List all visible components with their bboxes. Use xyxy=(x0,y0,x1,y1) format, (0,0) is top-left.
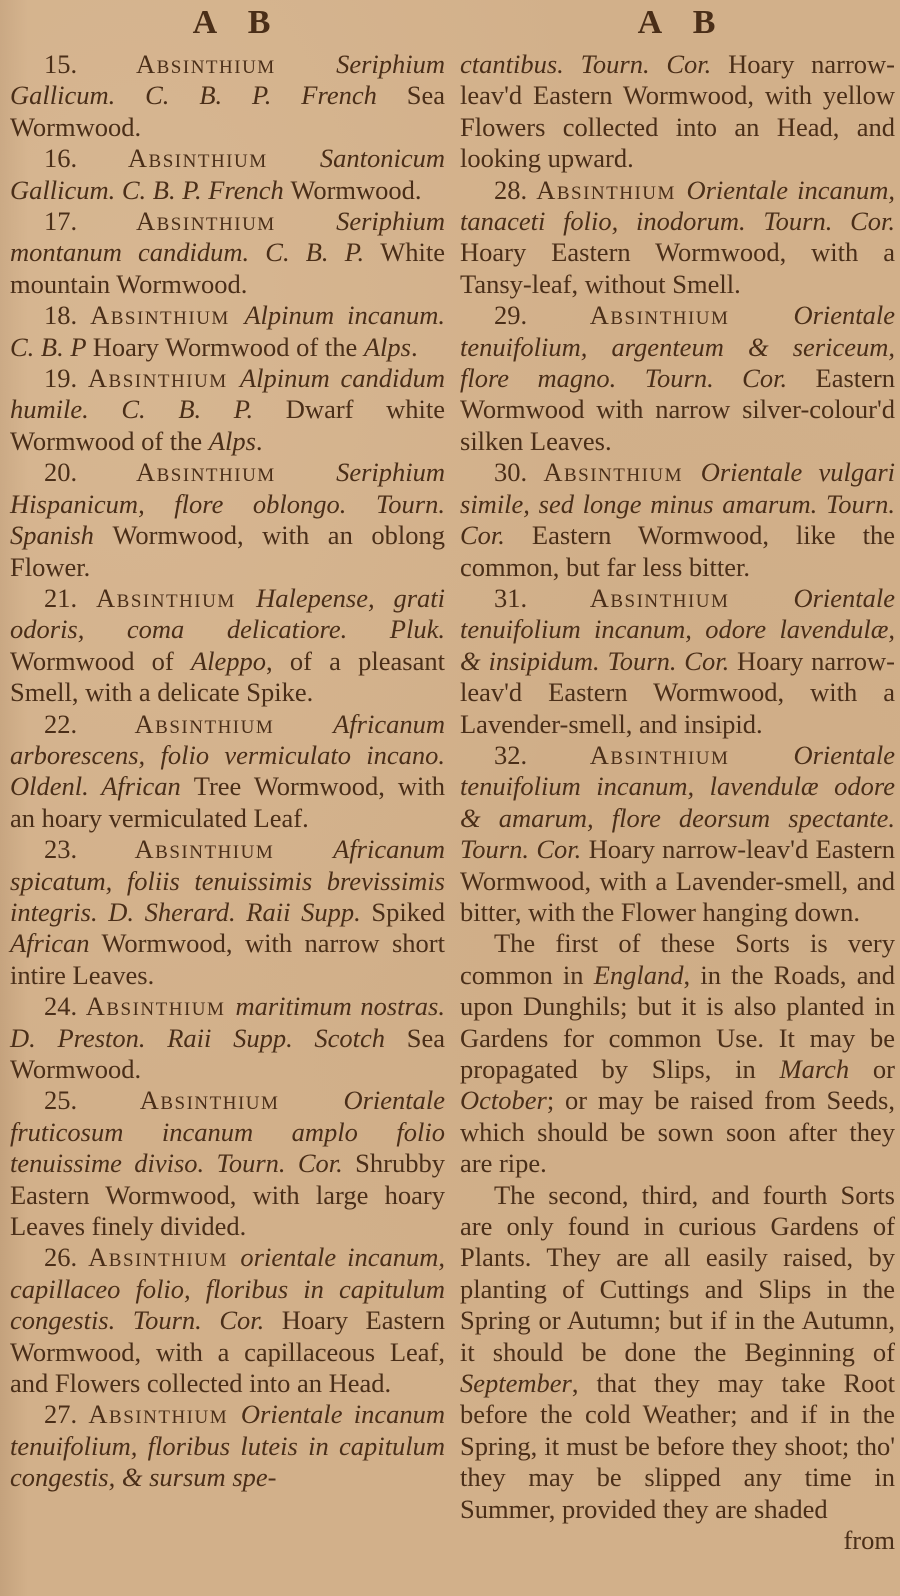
genus-name: Absinthium xyxy=(590,300,794,330)
body-paragraph: The first of these Sorts is very common … xyxy=(460,928,895,1179)
species-entry: 18. Absinthium Alpinum incanum. C. B. P … xyxy=(10,300,445,363)
place-name: Alps xyxy=(364,332,411,362)
species-entry: 27. Absinthium Orientale incanum tenuifo… xyxy=(10,1399,445,1493)
species-entry: 24. Absinthium maritimum nostras. D. Pre… xyxy=(10,991,445,1085)
left-column-text: 15. Absinthium Seriphium Gallicum. C. B.… xyxy=(10,49,445,1494)
genus-name: Absinthium xyxy=(543,457,700,487)
english-description: Wormwood of xyxy=(10,646,174,676)
entry-number: 22. xyxy=(44,709,135,739)
entry-continuation: ctantibus. Tourn. Cor. Hoary narrow-leav… xyxy=(460,49,895,175)
genus-name: Absinthium xyxy=(96,583,256,613)
genus-name: Absinthium xyxy=(90,300,244,330)
species-entry: 28. Absinthium Orientale incanum, tanace… xyxy=(460,175,895,301)
latin-description: ctantibus. Tourn. Cor. xyxy=(460,49,728,79)
right-column-text: ctantibus. Tourn. Cor. Hoary narrow-leav… xyxy=(460,49,895,1557)
catchword: from xyxy=(460,1525,895,1556)
english-italic: Spanish xyxy=(10,520,112,550)
english-description: Spiked xyxy=(371,897,445,927)
italic-term: March xyxy=(780,1054,850,1084)
right-column: A B ctantibus. Tourn. Cor. Hoary narrow-… xyxy=(460,0,895,1557)
entry-number: 30. xyxy=(494,457,543,487)
english-description: Wormwood. xyxy=(290,175,421,205)
italic-term: October xyxy=(460,1085,547,1115)
species-entry: 29. Absinthium Orientale tenuifolium, ar… xyxy=(460,300,895,457)
genus-name: Absinthium xyxy=(135,709,334,739)
english-italic: French xyxy=(301,80,406,110)
entry-number: 23. xyxy=(44,834,135,864)
species-entry: 30. Absinthium Orientale vulgari simile,… xyxy=(460,457,895,583)
species-entry: 31. Absinthium Orientale tenuifolium inc… xyxy=(460,583,895,740)
body-paragraph: The second, third, and fourth Sorts are … xyxy=(460,1180,895,1525)
entry-number: 16. xyxy=(44,143,128,173)
genus-name: Absinthium xyxy=(136,49,336,79)
species-entry: 32. Absinthium Orientale tenuifolium inc… xyxy=(460,740,895,928)
running-header-left: A B xyxy=(10,3,445,43)
place-name: Alps xyxy=(209,426,256,456)
genus-name: Absinthium xyxy=(140,1085,344,1115)
english-italic: French xyxy=(208,175,290,205)
genus-name: Absinthium xyxy=(86,991,236,1021)
entry-number: 28. xyxy=(494,175,536,205)
italic-term: September xyxy=(460,1368,572,1398)
species-entry: 16. Absinthium Santonicum Gallicum. C. B… xyxy=(10,143,445,206)
species-entry: 23. Absinthium Africanum spicatum, folii… xyxy=(10,834,445,991)
genus-name: Absinthium xyxy=(88,1242,240,1272)
genus-name: Absinthium xyxy=(536,175,686,205)
place-name: Aleppo xyxy=(191,646,266,676)
species-entry: 22. Absinthium Africanum arborescens, fo… xyxy=(10,709,445,835)
entry-number: 20. xyxy=(44,457,136,487)
running-header-right: A B xyxy=(460,3,895,43)
entry-number: 19. xyxy=(44,363,88,393)
entry-number: 31. xyxy=(494,583,590,613)
english-description: . xyxy=(411,332,418,362)
english-italic: African xyxy=(101,771,193,801)
species-entry: 15. Absinthium Seriphium Gallicum. C. B.… xyxy=(10,49,445,143)
entry-number: 17. xyxy=(44,206,136,236)
species-entry: 21. Absinthium Halepense, grati odoris, … xyxy=(10,583,445,709)
genus-name: Absinthium xyxy=(135,834,334,864)
genus-name: Absinthium xyxy=(136,457,336,487)
italic-term: England xyxy=(594,960,684,990)
book-page: A B 15. Absinthium Seriphium Gallicum. C… xyxy=(0,0,900,1596)
entry-number: 15. xyxy=(44,49,136,79)
left-column: A B 15. Absinthium Seriphium Gallicum. C… xyxy=(10,0,445,1494)
english-description: Hoary Wormwood of the xyxy=(93,332,358,362)
entry-number: 18. xyxy=(44,300,90,330)
entry-number: 29. xyxy=(494,300,590,330)
species-entry: 26. Absinthium orientale incanum, capill… xyxy=(10,1242,445,1399)
species-entry: 19. Absinthium Alpinum candidum humile. … xyxy=(10,363,445,457)
place-name: African xyxy=(10,928,90,958)
species-entry: 20. Absinthium Seriphium Hispanicum, flo… xyxy=(10,457,445,583)
genus-name: Absinthium xyxy=(128,143,320,173)
entry-number: 25. xyxy=(44,1085,140,1115)
species-entry: 17. Absinthium Seriphium montanum candid… xyxy=(10,206,445,300)
genus-name: Absinthium xyxy=(590,583,794,613)
entry-number: 27. xyxy=(44,1399,88,1429)
species-entry: 25. Absinthium Orientale fruticosum inca… xyxy=(10,1085,445,1242)
entry-number: 32. xyxy=(494,740,590,770)
english-description: Hoary Eastern Wormwood, with a Tansy-lea… xyxy=(460,237,895,298)
genus-name: Absinthium xyxy=(136,206,336,236)
genus-name: Absinthium xyxy=(88,1399,240,1429)
entry-number: 24. xyxy=(44,991,86,1021)
genus-name: Absinthium xyxy=(88,363,240,393)
entry-number: 21. xyxy=(44,583,96,613)
entry-number: 26. xyxy=(44,1242,88,1272)
english-description: . xyxy=(256,426,263,456)
genus-name: Absinthium xyxy=(590,740,794,770)
english-italic: Scotch xyxy=(314,1023,406,1053)
